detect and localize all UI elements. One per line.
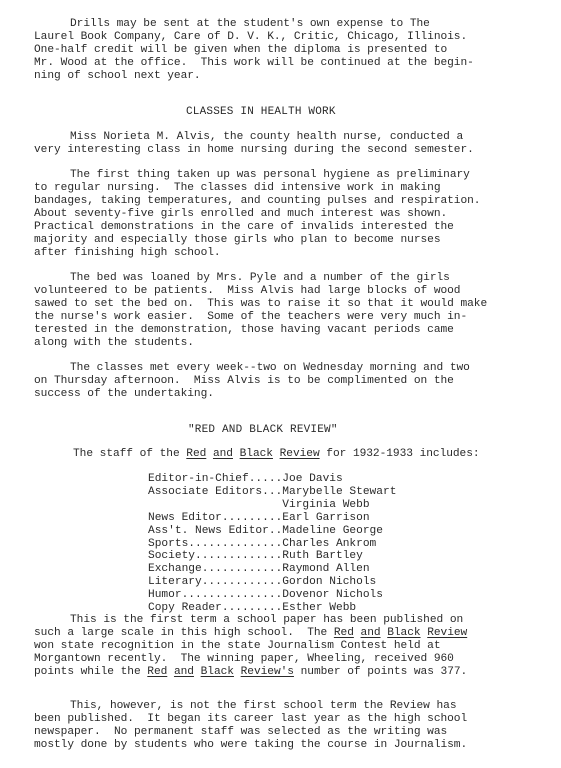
staff-name: Ruth Bartley <box>282 550 363 562</box>
staff-role: Copy Reader......... <box>148 602 282 614</box>
section-heading-health: CLASSES IN HEALTH WORK <box>186 106 336 119</box>
text-line: The bed was loaned by Mrs. Pyle and a nu… <box>70 272 450 285</box>
staff-row: Ass't. News Editor..Madeline George <box>148 525 383 538</box>
title-word: Black <box>387 627 420 639</box>
staff-role: Society............. <box>148 550 282 562</box>
staff-role: News Editor......... <box>148 512 282 524</box>
text-line: very interesting class in home nursing d… <box>34 144 474 157</box>
text-line: on Thursday afternoon. Miss Alvis is to … <box>34 375 454 388</box>
section-heading-review: "RED AND BLACK REVIEW" <box>188 424 338 437</box>
text-line: terested in the demonstration, those hav… <box>34 324 454 337</box>
text-line: to regular nursing. The classes did inte… <box>34 182 440 195</box>
staff-name: Raymond Allen <box>282 563 369 575</box>
text-line: won state recognition in the state Journ… <box>34 640 440 653</box>
text-line: points while the Red and Black Review's … <box>34 666 467 679</box>
staff-row: Society.............Ruth Bartley <box>148 550 363 563</box>
text-line: The classes met every week--two on Wedne… <box>70 362 470 375</box>
text-line: The first thing taken up was personal hy… <box>70 169 470 182</box>
text-line: success of the undertaking. <box>34 388 214 401</box>
staff-name: Joe Davis <box>282 473 342 485</box>
title-word: Red <box>147 666 167 678</box>
text-line: Mr. Wood at the office. This work will b… <box>34 57 474 70</box>
text-line: This, however, is not the first school t… <box>70 700 457 713</box>
staff-row: Exchange............Raymond Allen <box>148 563 370 576</box>
staff-role <box>148 499 282 511</box>
text-line: ning of school next year. <box>34 70 201 83</box>
text-line: sawed to set the bed on. This was to rai… <box>34 298 487 311</box>
title-word: and <box>213 448 233 460</box>
staff-name: Madeline George <box>282 525 383 537</box>
document-page: Drills may be sent at the student's own … <box>0 0 561 768</box>
text-line: newspaper. No permanent staff was select… <box>34 726 447 739</box>
staff-row: News Editor.........Earl Garrison <box>148 512 370 525</box>
staff-row: Virginia Webb <box>148 499 370 512</box>
text-line: the nurse's work easier. Some of the tea… <box>34 311 467 324</box>
text-line: One-half credit will be given when the d… <box>34 44 447 57</box>
title-word: Red <box>186 448 206 460</box>
staff-row: Editor-in-Chief.....Joe Davis <box>148 473 343 486</box>
text-line: bandages, taking temperatures, and count… <box>34 195 480 208</box>
title-word: Red <box>334 627 354 639</box>
staff-row: Associate Editors...Marybelle Stewart <box>148 486 396 499</box>
text-line: Practical demonstrations in the care of … <box>34 221 454 234</box>
title-word: and <box>361 627 381 639</box>
staff-name: Marybelle Stewart <box>282 486 396 498</box>
staff-name: Charles Ankrom <box>282 538 376 550</box>
staff-name: Earl Garrison <box>282 512 369 524</box>
title-word: Review <box>427 627 467 639</box>
staff-role: Exchange............ <box>148 563 282 575</box>
text: The staff of the <box>73 448 186 460</box>
text-line: such a large scale in this high school. … <box>34 627 467 640</box>
text: points while the <box>34 666 147 678</box>
text: number of points was 377. <box>294 666 467 678</box>
staff-intro: The staff of the Red and Black Review fo… <box>73 448 480 461</box>
staff-role: Literary............ <box>148 576 282 588</box>
staff-role: Humor............... <box>148 589 282 601</box>
title-word: Review's <box>241 666 294 678</box>
title-word: Review <box>280 448 320 460</box>
title-word: and <box>174 666 194 678</box>
staff-row: Sports..............Charles Ankrom <box>148 538 376 551</box>
text-line: majority and especially those girls who … <box>34 234 440 247</box>
text-line: Laurel Book Company, Care of D. V. K., C… <box>34 31 467 44</box>
text-line: Morgantown recently. The winning paper, … <box>34 653 454 666</box>
staff-name: Esther Webb <box>282 602 356 614</box>
staff-role: Sports.............. <box>148 538 282 550</box>
text-line: Miss Norieta M. Alvis, the county health… <box>70 131 463 144</box>
text-line: after finishing high school. <box>34 247 221 260</box>
text-line: along with the students. <box>34 337 194 350</box>
title-word: Black <box>240 448 273 460</box>
title-word: Black <box>201 666 234 678</box>
text-line: volunteered to be patients. Miss Alvis h… <box>34 285 460 298</box>
text: such a large scale in this high school. … <box>34 627 334 639</box>
text: for 1932-1933 includes: <box>320 448 480 460</box>
text-line: About seventy-five girls enrolled and mu… <box>34 208 447 221</box>
staff-name: Virginia Webb <box>282 499 369 511</box>
text-line: This is the first term a school paper ha… <box>70 614 463 627</box>
text-line: been published. It began its career last… <box>34 713 467 726</box>
staff-role: Ass't. News Editor.. <box>148 525 282 537</box>
staff-role: Associate Editors... <box>148 486 282 498</box>
staff-row: Literary............Gordon Nichols <box>148 576 376 589</box>
staff-role: Editor-in-Chief..... <box>148 473 282 485</box>
staff-name: Gordon Nichols <box>282 576 376 588</box>
text-line: mostly done by students who were taking … <box>34 739 467 752</box>
text-line: Drills may be sent at the student's own … <box>70 18 430 31</box>
staff-row: Copy Reader.........Esther Webb <box>148 602 356 615</box>
staff-name: Dovenor Nichols <box>282 589 383 601</box>
staff-row: Humor...............Dovenor Nichols <box>148 589 383 602</box>
